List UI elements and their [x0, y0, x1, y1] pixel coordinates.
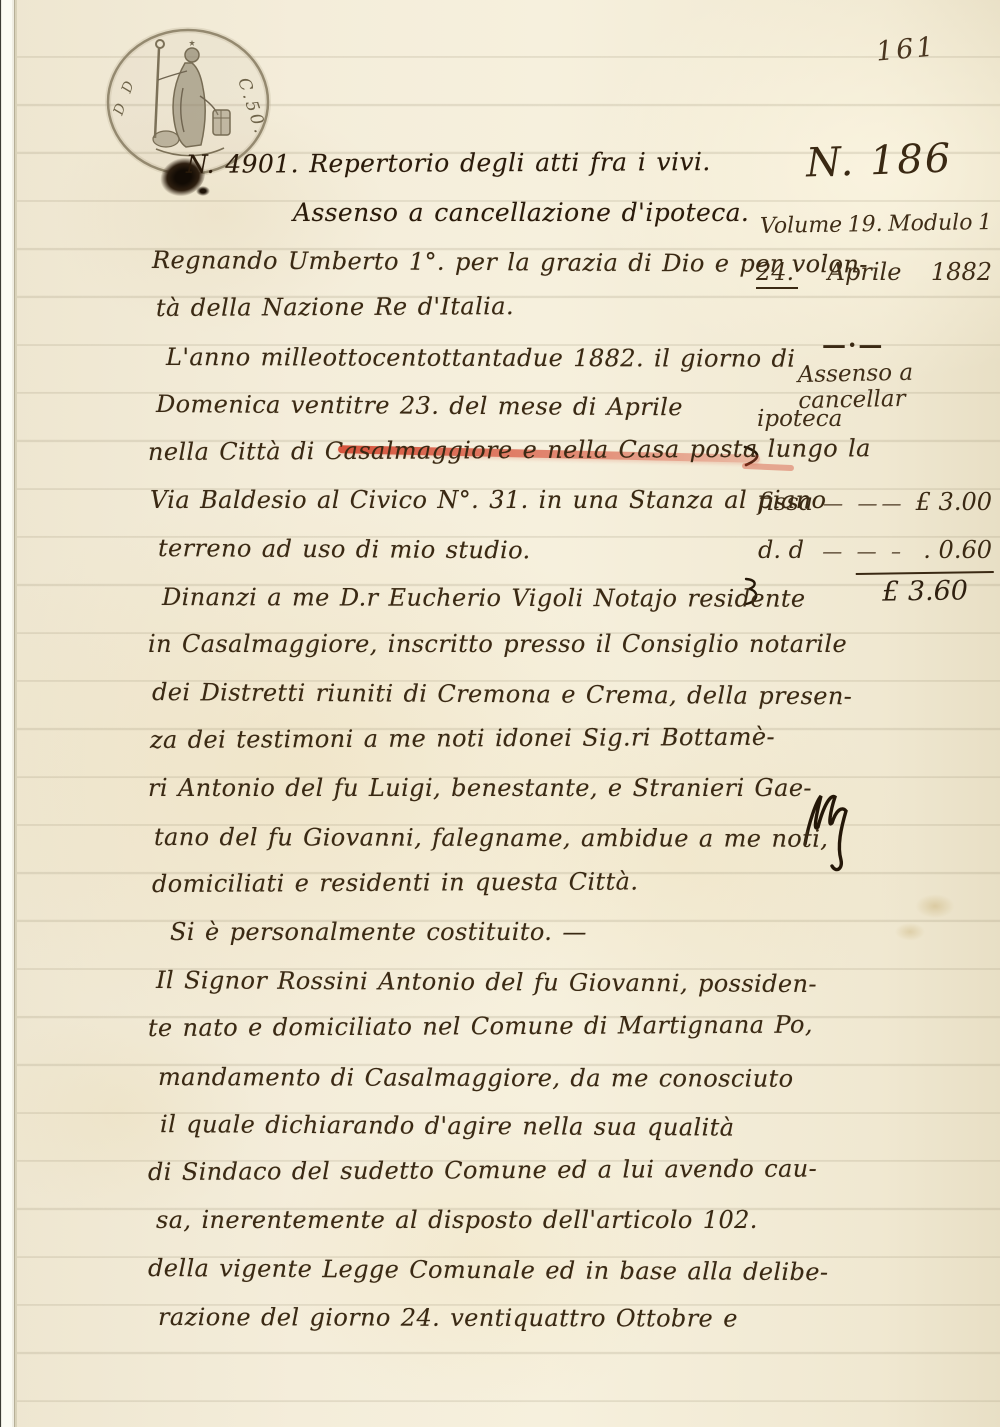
manuscript-line: in Casalmaggiore, inscritto presso il Co…	[148, 630, 776, 678]
fee-fixed-amount: £ 3.00	[916, 488, 992, 516]
manuscript-line: domiciliati e residenti in questa Città.	[148, 867, 776, 918]
volume-number: 19.	[847, 212, 882, 238]
module-label: Modulo	[888, 210, 973, 236]
manuscript-line: dei Distretti riuniti di Cremona e Crema…	[148, 678, 776, 730]
manuscript-line: ri Antonio del fu Luigi, benestante, e S…	[148, 774, 776, 822]
manuscript-line: Il Signor Rossini Antonio del fu Giovann…	[148, 966, 776, 1018]
fee-total: £ 3.60	[856, 571, 994, 608]
fee-additional-leader: — — –	[804, 539, 923, 563]
stamp-lion	[153, 131, 179, 147]
margin-divider: —·—	[822, 330, 884, 359]
manuscript-line: Dinanzi a me D.r Eucherio Vigoli Notajo …	[148, 583, 776, 633]
manuscript-line: sa, inerentemente al disposto dell'artic…	[148, 1206, 776, 1254]
manuscript-line: della vigente Legge Comunale ed in base …	[148, 1254, 776, 1306]
stamp-figure-head	[185, 48, 199, 62]
manuscript-line: il quale dichiarando d'agire nella sua q…	[148, 1110, 776, 1162]
manuscript-line: za dei testimoni a me noti idonei Sig.ri…	[148, 723, 776, 774]
manuscript-line: di Sindaco del sudetto Comune ed a lui a…	[148, 1155, 776, 1206]
manuscript-line: nella Città di Casalmaggiore e nella Cas…	[148, 435, 776, 486]
manuscript-line: razione del giorno 24. ventiquattro Otto…	[148, 1303, 776, 1353]
scan-paper-edge-strip	[0, 0, 17, 1427]
folio-number: 161	[875, 31, 938, 67]
manuscript-line: tà della Nazione Re d'Italia.	[148, 291, 776, 342]
manuscript-line: Via Baldesio al Civico N°. 31. in una St…	[148, 486, 776, 534]
manuscript-line: Assenso a cancellazione d'ipoteca.	[148, 198, 776, 246]
manuscript-line: N. 4901. Repertorio degli atti fra i viv…	[148, 147, 776, 198]
fee-row-additional: d. d — — – . 0.60	[758, 536, 992, 564]
manuscript-line: mandamento di Casalmaggiore, da me conos…	[148, 1063, 776, 1113]
act-number: N. 186	[805, 135, 953, 186]
fee-additional-amount: . 0.60	[923, 536, 992, 564]
fee-fixed-leader: — ——	[813, 491, 916, 515]
module-number: 1	[978, 210, 992, 235]
manuscript-body: N. 4901. Repertorio degli atti fra i viv…	[148, 150, 776, 1350]
manuscript-line: te nato e domiciliato nel Comune di Mart…	[148, 1011, 776, 1062]
manuscript-line: Si è personalmente costituito. —	[148, 918, 776, 966]
registration-year: 1882	[931, 258, 992, 289]
manuscript-line: L'anno milleottocentottantadue 1882. il …	[148, 343, 776, 393]
volume-module-row: Volume 19. Modulo 1	[760, 210, 992, 239]
scanned-notarial-act-page: C.50. D D 161 N. 186 Volume 19. Modulo 1…	[0, 0, 1000, 1427]
manuscript-line: Regnando Umberto 1°. per la grazia di Di…	[148, 246, 776, 298]
manuscript-line: tano del fu Giovanni, falegname, ambidue…	[148, 823, 776, 873]
manuscript-line: terreno ad uso di mio studio.	[148, 534, 776, 586]
manuscript-line: Domenica ventitre 23. del mese di Aprile	[148, 390, 776, 442]
